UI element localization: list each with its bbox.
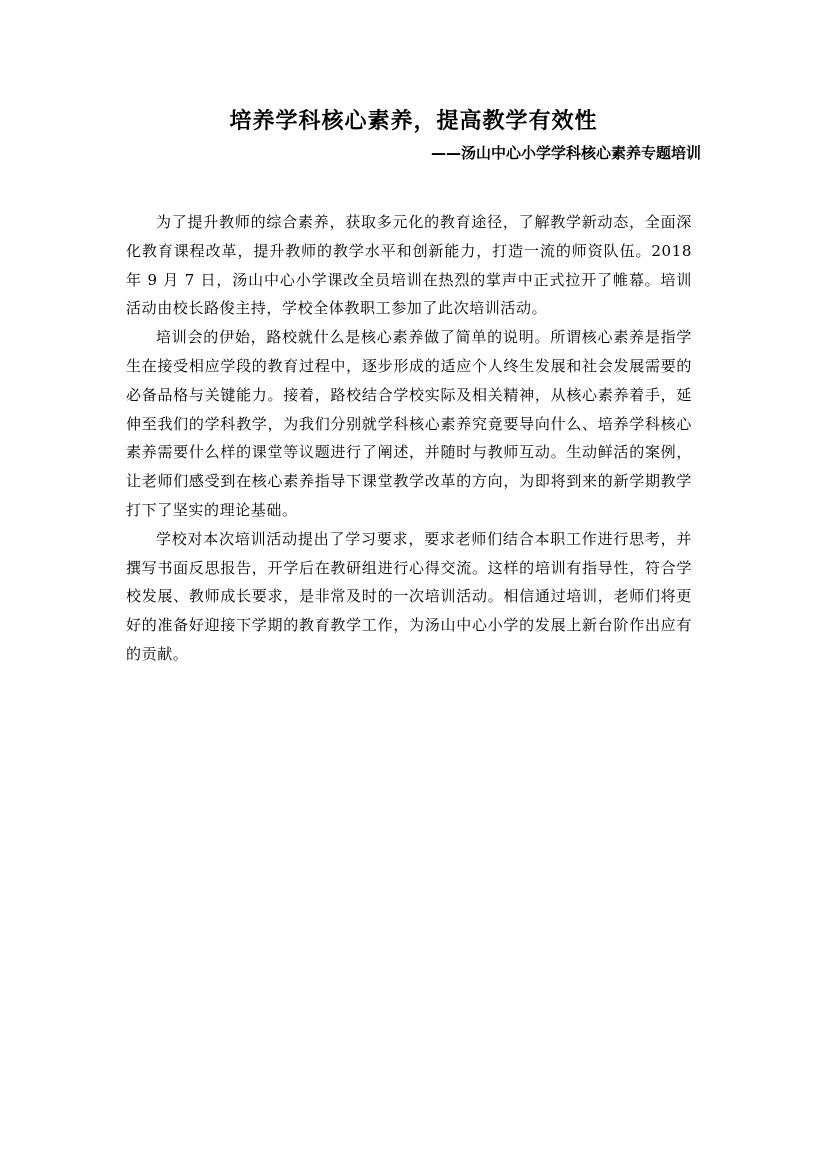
page-title: 培养学科核心素养，提高教学有效性	[0, 107, 827, 137]
paragraph-2: 培训会的伊始，路校就什么是核心素养做了简单的说明。所谓核心素养是指学生在接受相应…	[126, 323, 692, 525]
document-body: 为了提升教师的综合素养，获取多元化的教育途径，了解教学新动态，全面深化教育课程改…	[126, 208, 692, 669]
paragraph-1: 为了提升教师的综合素养，获取多元化的教育途径，了解教学新动态，全面深化教育课程改…	[126, 208, 692, 323]
paragraph-3: 学校对本次培训活动提出了学习要求，要求老师们结合本职工作进行思考，并撰写书面反思…	[126, 525, 692, 669]
page-subtitle: ——汤山中心小学学科核心素养专题培训	[431, 142, 701, 164]
document-page: 培养学科核心素养，提高教学有效性 ——汤山中心小学学科核心素养专题培训 为了提升…	[0, 0, 827, 1170]
